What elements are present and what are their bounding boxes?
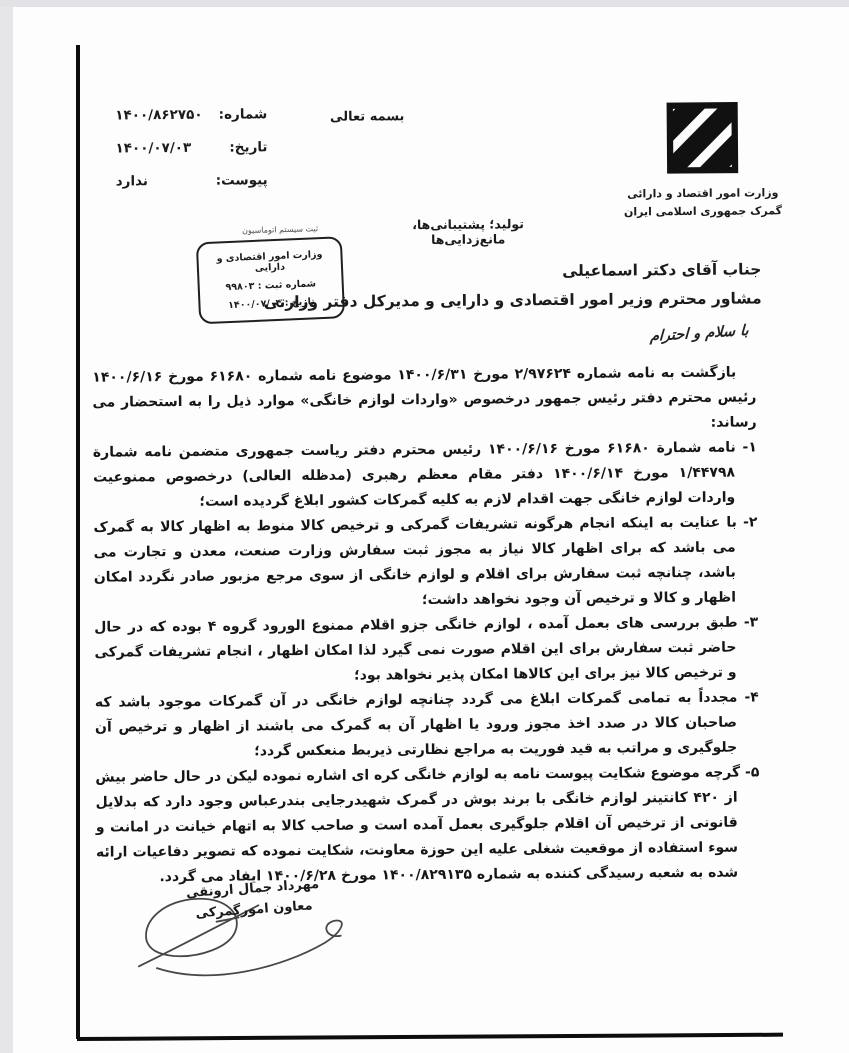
item-4-number: ۴- — [744, 689, 758, 705]
date-label: تاریخ: — [229, 139, 267, 155]
body-item-4: ۴- مجدداً به تمامی گمرکات ابلاغ می گردد … — [95, 685, 760, 765]
body-item-1: ۱- نامه شمارة ۶۱۶۸۰ مورخ ۱۴۰۰/۶/۱۶ رئیس … — [93, 435, 758, 515]
scan-edge-left — [0, 0, 13, 1053]
meta-number-row: شماره: ۱۴۰۰/۸۶۲۷۵۰ — [115, 106, 267, 123]
scan-edge-top — [0, 0, 849, 7]
letterhead-logo-block: وزارت امور اقتصاد و دارائی گمرک جمهوری ا… — [607, 92, 798, 220]
recipient-block: جناب آقای دکتر اسماعیلی مشاور محترم وزیر… — [161, 260, 761, 312]
ministry-name-line1: وزارت امور اقتصاد و دارائی — [608, 184, 798, 203]
bismillah-text: بسمه تعالی — [307, 109, 427, 125]
meta-attachment-row: پیوست: ندارد — [116, 172, 268, 189]
letter-content: شماره: ۱۴۰۰/۸۶۲۷۵۰ تاریخ: ۱۴۰۰/۰۷/۰۳ پیو… — [82, 92, 779, 1037]
body-item-5: ۵- گرچه موضوع شکایت پیوست نامه به لوازم … — [95, 760, 760, 890]
automation-registration-note: ثبت سیستم اتوماسیون — [242, 224, 318, 235]
item-5-text: گرچه موضوع شکایت پیوست نامه به لوازم خان… — [95, 765, 740, 886]
handwritten-salutation: با سلام و احترام — [650, 323, 749, 345]
item-1-number: ۱- — [742, 439, 756, 455]
ministry-name-line2: گمرک جمهوری اسلامی ایران — [608, 202, 798, 221]
letter-meta: شماره: ۱۴۰۰/۸۶۲۷۵۰ تاریخ: ۱۴۰۰/۰۷/۰۳ پیو… — [115, 106, 268, 206]
item-1-text: نامه شمارة ۶۱۶۸۰ مورخ ۱۴۰۰/۶/۱۶ رئیس محت… — [93, 440, 736, 510]
recipient-name: جناب آقای دکتر اسماعیلی — [161, 260, 761, 283]
attachment-label: پیوست: — [216, 172, 268, 188]
scan-border-vertical — [76, 45, 80, 1039]
item-2-number: ۲- — [743, 514, 757, 530]
body-item-2: ۲- با عنایت به اینکه انجام هرگونه تشریفا… — [93, 510, 758, 615]
item-3-number: ۳- — [744, 614, 758, 630]
scanned-letter-page: شماره: ۱۴۰۰/۸۶۲۷۵۰ تاریخ: ۱۴۰۰/۰۷/۰۳ پیو… — [0, 0, 849, 1053]
date-value: ۱۴۰۰/۰۷/۰۳ — [115, 140, 191, 157]
number-label: شماره: — [219, 106, 268, 122]
letter-body: بازگشت به نامه شماره ۲/۹۷۶۲۴ مورخ ۱۴۰۰/۶… — [92, 360, 760, 890]
item-2-text: با عنایت به اینکه انجام هرگونه تشریفات گ… — [93, 515, 737, 608]
customs-logo-icon — [657, 92, 748, 183]
attachment-value: ندارد — [116, 173, 148, 189]
recipient-title: مشاور محترم وزیر امور اقتصادی و دارایی و… — [162, 289, 762, 312]
item-3-text: طبق بررسی های بعمل آمده ، لوازم خانگی جز… — [94, 615, 738, 684]
body-item-3: ۳- طبق بررسی های بعمل آمده ، لوازم خانگی… — [94, 610, 759, 690]
meta-date-row: تاریخ: ۱۴۰۰/۰۷/۰۳ — [115, 139, 267, 156]
body-intro: بازگشت به نامه شماره ۲/۹۷۶۲۴ مورخ ۱۴۰۰/۶… — [92, 360, 757, 440]
number-value: ۱۴۰۰/۸۶۲۷۵۰ — [115, 107, 202, 124]
year-slogan: تولید؛ پشتیبانی‌ها، مانع‌زدایی‌ها — [378, 216, 558, 247]
item-4-text: مجدداً به تمامی گمرکات ابلاغ می گردد چنا… — [95, 690, 738, 760]
item-5-number: ۵- — [745, 764, 759, 780]
